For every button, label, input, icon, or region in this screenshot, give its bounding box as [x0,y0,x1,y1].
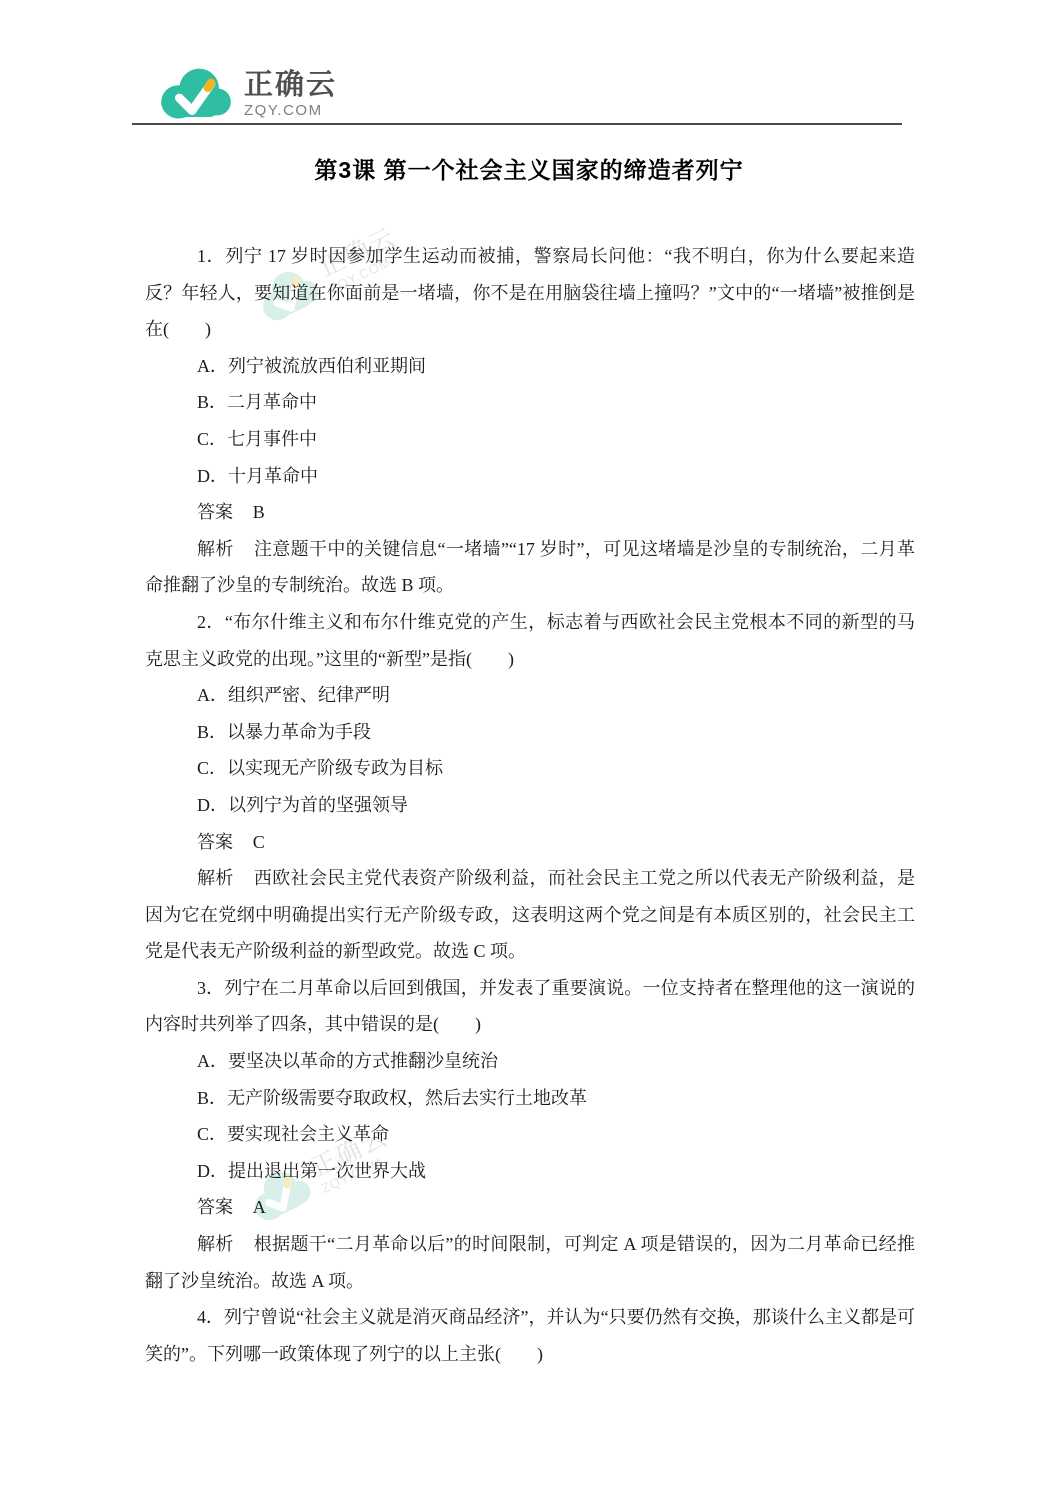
question-2-option-d: D．以列宁为首的坚强领导 [145,787,915,824]
analysis-text: 注意题干中的关键信息“一堵墙”“17 岁时”，可见这堵墙是沙皇的专制统治，二月革… [145,539,915,596]
analysis-label: 解析 [197,539,234,559]
question-3-option-c: C．要实现社会主义革命 [145,1116,915,1153]
question-2-option-c: C．以实现无产阶级专政为目标 [145,750,915,787]
question-3-answer-line: 答案A [145,1189,915,1226]
question-1-option-b: B．二月革命中 [145,384,915,421]
question-4-stem: 4．列宁曾说“社会主义就是消灭商品经济”，并认为“只要仍然有交换，那谈什么主义都… [145,1299,915,1372]
answer-value: C [253,832,265,852]
question-3-analysis-line: 解析根据题干“二月革命以后”的时间限制，可判定 A 项是错误的，因为二月革命已经… [145,1226,915,1299]
analysis-text: 根据题干“二月革命以后”的时间限制，可判定 A 项是错误的，因为二月革命已经推翻… [145,1234,915,1291]
question-1-option-a: A．列宁被流放西伯利亚期间 [145,348,915,385]
exam-content: 1．列宁 17 岁时因参加学生运动而被捕，警察局长问他：“我不明白，你为什么要起… [145,238,915,1372]
document-page: 正确云 ZQY.COM 正确云 ZQY.COM 正确云 [0,0,1058,1497]
analysis-label: 解析 [197,1234,234,1254]
question-1-option-d: D．十月革命中 [145,458,915,495]
answer-label: 答案 [197,832,233,852]
question-1-answer-line: 答案B [145,494,915,531]
analysis-label: 解析 [197,868,234,888]
logo-domain: ZQY.COM [244,103,337,118]
question-1-stem: 1．列宁 17 岁时因参加学生运动而被捕，警察局长问他：“我不明白，你为什么要起… [145,238,915,348]
question-3-option-d: D．提出退出第一次世界大战 [145,1153,915,1190]
question-3-option-b: B．无产阶级需要夺取政权，然后去实行土地改革 [145,1080,915,1117]
cloud-check-icon [158,64,234,124]
analysis-text: 西欧社会民主党代表资产阶级利益，而社会民主工党之所以代表无产阶级利益，是因为它在… [145,868,915,961]
answer-value: A [253,1197,266,1217]
logo-brand: 正确云 [244,71,337,100]
answer-label: 答案 [197,502,233,522]
header-divider [132,123,902,125]
zqy-logo: 正确云 ZQY.COM [158,64,337,124]
logo-text: 正确云 ZQY.COM [244,71,337,118]
answer-label: 答案 [197,1197,233,1217]
answer-value: B [253,502,265,522]
question-2-answer-line: 答案C [145,824,915,861]
question-3-stem: 3．列宁在二月革命以后回到俄国，并发表了重要演说。一位支持者在整理他的这一演说的… [145,970,915,1043]
question-1-analysis-line: 解析注意题干中的关键信息“一堵墙”“17 岁时”，可见这堵墙是沙皇的专制统治，二… [145,531,915,604]
question-2-stem: 2．“布尔什维主义和布尔什维克党的产生，标志着与西欧社会民主党根本不同的新型的马… [145,604,915,677]
question-1-option-c: C．七月事件中 [145,421,915,458]
question-2-option-b: B．以暴力革命为手段 [145,714,915,751]
question-3-option-a: A．要坚决以革命的方式推翻沙皇统治 [145,1043,915,1080]
question-2-option-a: A．组织严密、纪律严明 [145,677,915,714]
page-title: 第3课 第一个社会主义国家的缔造者列宁 [0,152,1058,185]
question-2-analysis-line: 解析西欧社会民主党代表资产阶级利益，而社会民主工党之所以代表无产阶级利益，是因为… [145,860,915,970]
